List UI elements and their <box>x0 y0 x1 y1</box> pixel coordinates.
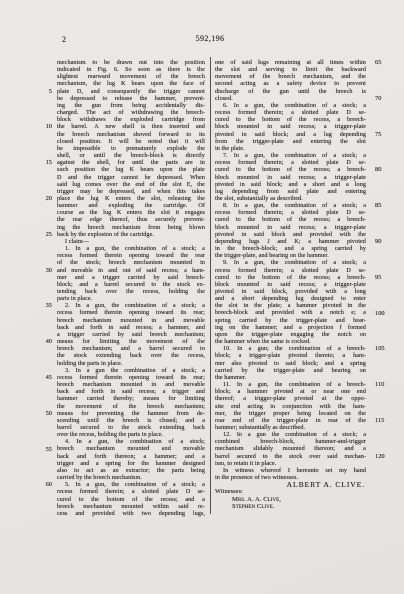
text-line: blockwithdrawstheexplodedcartridgefrom <box>57 116 205 123</box>
text-line: back by the explosion of the cartridge. <box>57 231 205 238</box>
text-line: merandatriggercarriedbysaidbreech- <box>57 274 205 281</box>
text-line: tendingbackovertherecess,holdingthe <box>57 288 205 295</box>
line-number: 10 <box>38 123 52 130</box>
text-line: 9.Inagun,thecombinationofastock;a <box>215 259 366 266</box>
text-line: thestockextendingbackovertherecess, <box>57 352 205 359</box>
text-line: backandforthinsaidrecess;atriggerand <box>57 388 205 395</box>
text-line: ingthebreechmechanismfrombeingblown <box>57 224 205 231</box>
line-number: 30 <box>38 267 52 274</box>
text-line: secondactingasasafetydevicetoprevent <box>215 80 366 87</box>
line-number: 85 <box>375 202 395 209</box>
text-line: theslotandservingtolimitthebackward <box>215 66 366 73</box>
text-line: breechmechanismmountedinandmovable <box>57 381 205 388</box>
text-line: ingonthehammer;andaprojectionfformed <box>215 324 366 331</box>
text-line: the trigger-plate, and bearing on the ha… <box>215 252 366 259</box>
text-line: therearedgethereof,thussecurelyprevent- <box>57 216 205 223</box>
text-line: thebreechmechanismshovedforwardtoits <box>57 131 205 138</box>
text-line: curedtothebottomoftherecess;abreech- <box>215 274 366 281</box>
text-line: blockmountedinsaidrecess;atrigger-plate <box>215 281 366 288</box>
line-number: 25 <box>38 231 52 238</box>
text-line: carried by the breech mechanism. <box>57 474 205 481</box>
text-line: 10.Inagun;thecombinationofabreech- <box>215 345 366 352</box>
text-line: hammercarriedthereby;meansforlimiting <box>57 395 205 402</box>
text-line: inthebreech-block;andaspringcarriedby <box>215 245 366 252</box>
signature: ALBERT A. CLIVE. <box>215 481 366 488</box>
text-line: pivotedinsaidblock,providedwithalong <box>215 288 366 295</box>
text-line: andmovableinandoutofsaidrecess;aham- <box>57 267 205 274</box>
text-line: closedposition.Itwillbenotedthatitwill <box>57 138 205 145</box>
text-line: plateD,andconsequentlythetriggercannot <box>57 88 205 95</box>
text-line: recessformedthereinopeningtowardtherear <box>57 252 205 259</box>
text-line: hammerandexplodingthecartridge.Of <box>57 202 205 209</box>
witness-name: Stephen Clive. <box>215 503 366 510</box>
text-line: block;ahammerpivotedatornearoneend <box>215 388 366 395</box>
left-column: mechanismtobedrawnoutintothepositionindi… <box>57 59 205 517</box>
right-column: oneofsaidlugsremainingatalltimeswithinth… <box>215 59 366 510</box>
line-number: 75 <box>375 131 395 138</box>
text-line: charged.Theactofwithdrawingthebreech- <box>57 109 205 116</box>
text-line: breechmechanismmountedinandmovable <box>57 317 205 324</box>
text-line: 3.Inagunthecombinationofastock;a <box>57 367 205 374</box>
patent-page: 2 592,196 51015202530354045505560 mechan… <box>0 0 404 594</box>
text-line: blockmountedinsaidrecess;atrigger-plate <box>215 224 366 231</box>
text-line: themovementofthebreechmechanism; <box>57 403 205 410</box>
text-line: bedepressedtoreleasethehammer,prevent- <box>57 95 205 102</box>
text-line: mechanismslidablymountedthereon;anda <box>215 445 366 452</box>
line-number: 120 <box>375 453 395 460</box>
text-line: ofthestock;breechmechanismmountedin <box>57 259 205 266</box>
text-line: Dandthetriggercannotbedepressed.When <box>57 174 205 181</box>
text-line: 4.Inagun,thecombinationofastock; <box>57 438 205 445</box>
text-line: combinedbreech-block,hammer-and-trigger <box>215 438 366 445</box>
text-line: siteendactinginconjunctionwiththeham- <box>215 403 366 410</box>
text-line: holding the parts in place. <box>57 360 205 367</box>
line-number: 40 <box>38 338 52 345</box>
column-divider <box>210 57 211 514</box>
text-line: againsttheshell,foruntilthepartsarein <box>57 159 205 166</box>
text-line: andashortdependinglugdesignedtoenter <box>215 295 366 302</box>
line-number: 5 <box>38 88 52 95</box>
text-line: rearendofthetrigger-plateinrearofthe <box>215 417 366 424</box>
text-line: backandforthinsaidrecess;ahammer,and <box>57 324 205 331</box>
text-line: theslotintheplate;ahammerpivotedinthe <box>215 302 366 309</box>
text-line: 11.Inagun,thecombinationofabreech- <box>215 381 366 388</box>
text-line: thereof;atrigger-platepivotedattheoppo- <box>215 395 366 402</box>
text-line: fromthetrigger-plateandenteringtheslot <box>215 138 366 145</box>
line-number: 65 <box>375 59 395 66</box>
patent-number: 592,196 <box>196 34 225 43</box>
text-line: I claim— <box>57 238 205 245</box>
text-line: lugdependingfromsaidplateandentering <box>215 188 366 195</box>
text-line: recessformedthereinopeningtowarditsrear; <box>57 309 205 316</box>
text-line: pivotedinsaidblock;andalugdepending <box>215 131 366 138</box>
text-line: alsotoactasanextractor;thepartsbeing <box>57 467 205 474</box>
text-line: thebarrel.Anewshellistheninsertedand <box>57 123 205 130</box>
text-line: placethelugKenterstheslot,releasingthe <box>57 195 205 202</box>
line-number: 20 <box>38 195 52 202</box>
line-number: 100 <box>375 310 395 317</box>
text-line: blockmountedinsaidrecess;atrigger-plate <box>215 123 366 130</box>
text-line: shell,oruntilthebreech-blockisdirectly <box>57 152 205 159</box>
text-line: the hammer when the same is cocked. <box>215 338 366 345</box>
text-line: carriedbythetrigger-plateandbearingon <box>215 367 366 374</box>
text-line: the slot, substantially as described. <box>215 195 366 202</box>
line-number: 70 <box>375 95 395 102</box>
text-line: pivotedinsaidblockandprovidedwiththe <box>215 231 366 238</box>
line-number: 90 <box>375 238 395 245</box>
text-line: saidlugcomesovertheendoftheslotE,the <box>57 181 205 188</box>
text-line: breechmechanism;andabarrelsecuredto <box>57 345 205 352</box>
text-line: recessformedtherein;aslottedplateDse- <box>57 488 205 495</box>
text-line: the hammer. <box>215 374 366 381</box>
text-line: curedtothebottomoftherecess,abreech- <box>215 116 366 123</box>
text-line: mer,thetriggerproperbeinglocatedonthe <box>215 410 366 417</box>
text-line: dependinglugsJandK;ahammerpivoted <box>215 238 366 245</box>
line-number: 95 <box>375 274 395 281</box>
text-line: meansforpreventingthehammerfromde- <box>57 410 205 417</box>
line-number: 110 <box>375 381 395 388</box>
line-number: 15 <box>38 159 52 166</box>
text-line: cessandprovidedwithtwodependinglugs, <box>57 510 205 517</box>
text-line: beimpossibletoprematurelyexplodethe <box>57 145 205 152</box>
text-line: triggerandaspringforthehammerdesigned <box>57 460 205 467</box>
right-line-numbers: 65707580859095100105110115120 <box>375 59 395 529</box>
text-line: springcarriedbythetrigger-plateandbear- <box>215 317 366 324</box>
text-line: recessformedthereinopeningtowarditsrear; <box>57 374 205 381</box>
line-number: 60 <box>38 481 52 488</box>
line-number: 55 <box>38 446 52 453</box>
text-line: pivotedinsaidblock;andashortandalong <box>215 181 366 188</box>
text-line: breech-blockandprovidedwithanotche;a <box>215 309 366 316</box>
text-line: hammer; substantially as described. <box>215 424 366 431</box>
text-line: block;andabarrelsecuredtothestockex- <box>57 281 205 288</box>
text-line: over the recess, holding the parts in pl… <box>57 431 205 438</box>
text-line: closed. <box>215 95 366 102</box>
text-line: suchpositionthelugKbearsupontheplate <box>57 166 205 173</box>
line-number: 115 <box>375 417 395 424</box>
text-line: breechmechanismmountedwithinsaidre- <box>57 503 205 510</box>
line-number: 35 <box>38 302 52 309</box>
text-line: mechanismtobedrawnoutintotheposition <box>57 59 205 66</box>
witnesses-label: Witnesses: <box>215 488 366 495</box>
text-line: backandforththereon;ahammer;anda <box>57 453 205 460</box>
line-number: 50 <box>38 410 52 417</box>
text-line: courseasthelugKenterstheslotitengages <box>57 209 205 216</box>
text-line: 12.Inagunthecombinationofastock;a <box>215 431 366 438</box>
text-line: curedtothebottomoftherecess;anda <box>57 496 205 503</box>
line-number: 45 <box>38 374 52 381</box>
text-line: meralsopivotedtosaidblock;andaspring <box>215 360 366 367</box>
text-line: parts in place. <box>57 295 205 302</box>
line-number: 80 <box>375 166 395 173</box>
text-line: indicatedinFig.6.Sosoonasthereisthe <box>57 66 205 73</box>
text-line: scendinguntilthebreechisclosed;anda <box>57 417 205 424</box>
text-line: recessformedtherein;aslottedplateDse- <box>215 267 366 274</box>
text-line: ism, to retain it in place. <box>215 460 366 467</box>
text-line: ingthegunfrombeingaccidentallydis- <box>57 102 205 109</box>
witness-name: Mrs. A. A. Clive, <box>215 496 366 503</box>
text-line: block;atrigger-platepivotedthereto;aham- <box>215 352 366 359</box>
text-line: barrelsecuredtothestockoversaidmechan- <box>215 453 366 460</box>
text-line: mechanism,thelugKbearsuponthefaceof <box>57 80 205 87</box>
left-line-numbers: 51015202530354045505560 <box>38 59 52 529</box>
page-number: 2 <box>62 35 66 44</box>
text-line: in the plate. <box>215 145 366 152</box>
text-line: meansforlimitingthemovementofthe <box>57 338 205 345</box>
text-line: curedtothebottomoftherecess;abreech- <box>215 216 366 223</box>
text-line: oneofsaidlugsremainingatalltimeswithin <box>215 59 366 66</box>
text-line: triggermaybedepressed,andwhenthistakes <box>57 188 205 195</box>
text-line: curedtothebottomoftherecess;abreech- <box>215 166 366 173</box>
text-line: breechmechanismmountedandmovable <box>57 445 205 452</box>
text-line: InwitnesswhereofIhereuntosetmyhand <box>215 467 366 474</box>
text-line: dischargeofthegununtilthebreechis <box>215 88 366 95</box>
text-line: barrelsecuredtothestockextendingback <box>57 424 205 431</box>
line-number: 105 <box>375 345 395 352</box>
text-line: blockmountedinsaidrecess;atrigger-plate <box>215 174 366 181</box>
text-line: uponthetrigger-plateengagingthenotchon <box>215 331 366 338</box>
